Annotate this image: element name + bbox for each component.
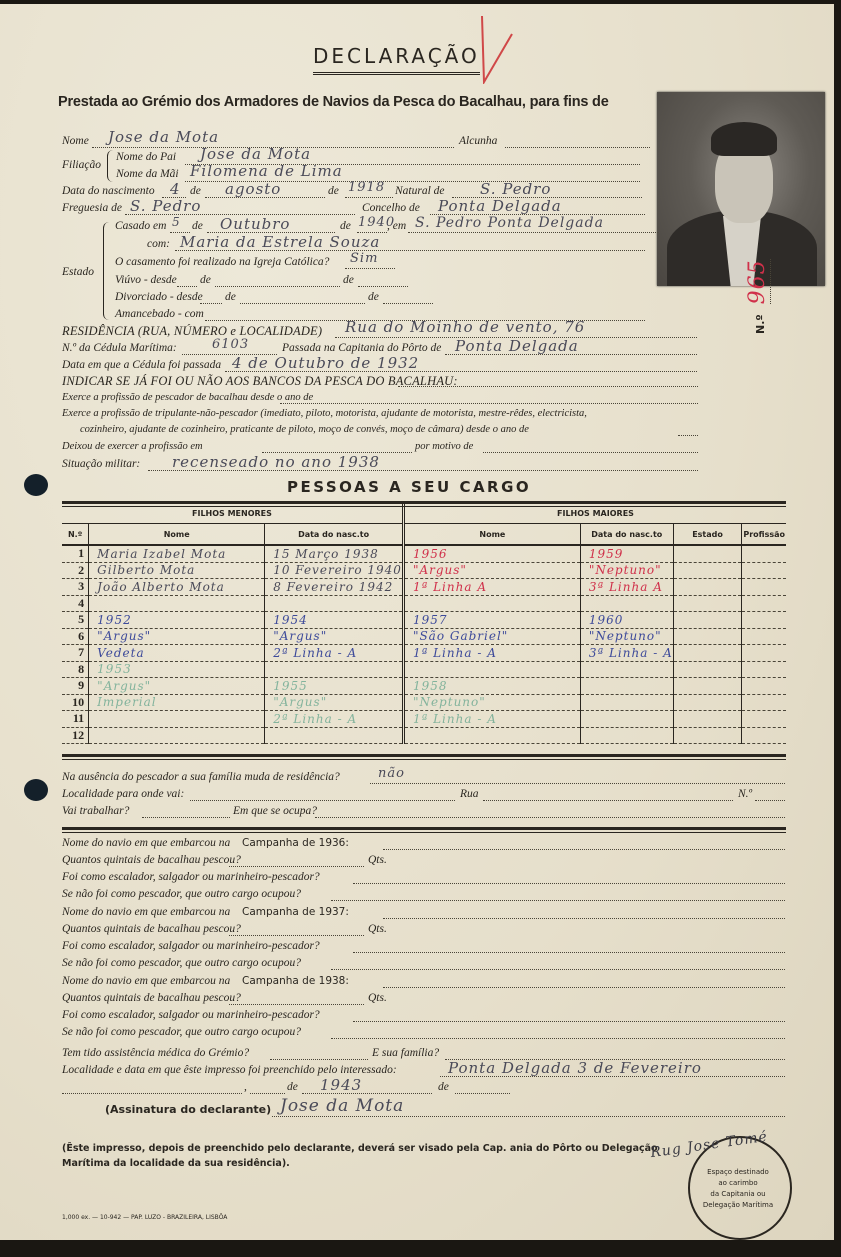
de-label: de <box>368 291 379 303</box>
concelho-field[interactable]: Ponta Delgada <box>438 197 562 215</box>
cedula-field[interactable]: 6103 <box>212 337 249 352</box>
estado-label: Estado <box>62 266 94 278</box>
table-row: 112ª Linha - A1ª Linha - A <box>62 711 786 728</box>
col-data-maiores: Data do nasc.to <box>580 524 673 546</box>
casado-label: Casado em <box>115 220 166 232</box>
table-row: 2Gilberto Mota10 Fevereiro 1940"Argus""N… <box>62 562 786 579</box>
quintais-label: Quantos quintais de bacalhau pescou? <box>62 992 241 1004</box>
profissao-cell[interactable] <box>742 628 786 645</box>
col-profissao: Profissão <box>742 524 786 546</box>
cargo-label: Se não foi como pescador, que outro carg… <box>62 888 301 900</box>
declaration-form: DECLARAÇÃO Prestada ao Grémio dos Armado… <box>0 4 834 1240</box>
nascimento-label: Data do nascimento <box>62 185 155 197</box>
table-row: 9"Argus"19551958 <box>62 678 786 695</box>
maior-nome-cell[interactable]: "Neptuno" <box>403 694 580 711</box>
ocupa-field[interactable] <box>315 817 785 818</box>
red-checkmark <box>480 14 520 84</box>
cargo-field[interactable] <box>331 969 785 970</box>
pescador-field[interactable] <box>280 403 698 404</box>
pai-label: Nome do Pai <box>116 151 176 163</box>
menor-nome-cell[interactable]: "Argus" <box>89 678 265 695</box>
menor-data-cell[interactable] <box>265 727 404 744</box>
maior-data-cell[interactable] <box>580 661 673 678</box>
table-row: 12 <box>62 727 786 744</box>
estado-cell[interactable] <box>673 545 742 562</box>
table-row: 4 <box>62 595 786 612</box>
escalador-label: Foi como escalador, salgador ou marinhei… <box>62 940 320 952</box>
escalador-label: Foi como escalador, salgador ou marinhei… <box>62 1009 320 1021</box>
menor-data-cell[interactable]: "Argus" <box>265 628 404 645</box>
localidade-field[interactable] <box>190 800 455 801</box>
quintais-field[interactable] <box>229 935 364 936</box>
cargo-label: Se não foi como pescador, que outro carg… <box>62 1026 301 1038</box>
profissao-cell[interactable] <box>742 595 786 612</box>
profissao-cell[interactable] <box>742 678 786 695</box>
familia-label: E sua família? <box>372 1047 439 1059</box>
table-row: 10Imperial"Argus""Neptuno" <box>62 694 786 711</box>
de-label: de <box>340 220 351 232</box>
de-label: de <box>438 1081 449 1093</box>
maior-data-cell[interactable] <box>580 711 673 728</box>
pai-field[interactable]: Jose da Mota <box>200 145 311 163</box>
estado-cell[interactable] <box>673 645 742 662</box>
cedula-label: N.º da Cédula Marítima: <box>62 342 177 354</box>
deixou-label: Deixou de exercer a profissão em <box>62 441 203 452</box>
filiacao-label: Filiação <box>62 159 101 171</box>
row-number: 7 <box>62 645 89 662</box>
igreja-label: O casamento foi realizado na Igreja Cató… <box>115 256 329 268</box>
row-number: 3 <box>62 579 89 596</box>
estado-cell[interactable] <box>673 628 742 645</box>
maior-data-cell[interactable]: 1959 <box>580 545 673 562</box>
igreja-field[interactable]: Sim <box>350 251 378 266</box>
dependents-table: FILHOS MENORES FILHOS MAIORES N.º Nome D… <box>62 503 786 744</box>
casado-place-field[interactable]: S. Pedro Ponta Delgada <box>415 215 604 231</box>
cargo-field[interactable] <box>331 900 785 901</box>
menor-nome-cell[interactable]: "Argus" <box>89 628 265 645</box>
navio-field[interactable] <box>383 849 785 850</box>
maior-data-cell[interactable] <box>580 595 673 612</box>
de-label: de <box>190 185 201 197</box>
estado-cell[interactable] <box>673 711 742 728</box>
trabalhar-label: Vai trabalhar? <box>62 805 129 817</box>
menor-nome-cell[interactable] <box>89 595 265 612</box>
militar-field[interactable]: recenseado no ano 1938 <box>172 453 380 471</box>
qts-label: Qts. <box>368 854 387 866</box>
de-label: de <box>200 274 211 286</box>
menor-nome-cell[interactable]: Vedeta <box>89 645 265 662</box>
campanha-label: Campanha de 1937: <box>242 906 349 918</box>
maior-nome-cell[interactable]: 1958 <box>403 678 580 695</box>
campanha-label: Campanha de 1938: <box>242 975 349 987</box>
tripulante-field[interactable] <box>678 435 698 436</box>
row-number: 11 <box>62 711 89 728</box>
trabalhar-field[interactable] <box>142 817 230 818</box>
estado-cell[interactable] <box>673 727 742 744</box>
instructions-note: (Êste impresso, depois de preenchido pel… <box>62 1141 682 1171</box>
ocupa-label: Em que se ocupa? <box>233 805 317 817</box>
year-field[interactable]: 1943 <box>320 1076 362 1094</box>
nascimento-month-field[interactable]: agosto <box>225 180 281 198</box>
maior-nome-cell[interactable]: 1ª Linha - A <box>403 645 580 662</box>
menor-data-cell[interactable]: 2ª Linha - A <box>265 645 404 662</box>
portrait-photo <box>657 92 825 286</box>
table-row: 3João Alberto Mota8 Fevereiro 19421ª Lin… <box>62 579 786 596</box>
section-title-dependents: PESSOAS A SEU CARGO <box>287 478 531 496</box>
residencia-field[interactable]: Rua do Moinho de vento, 76 <box>345 318 585 336</box>
estado-cell[interactable] <box>673 595 742 612</box>
capitania-label: Passada na Capitania do Pôrto de <box>282 342 441 354</box>
menores-header: FILHOS MENORES <box>62 503 403 524</box>
escalador-label: Foi como escalador, salgador ou marinhei… <box>62 871 320 883</box>
menor-nome-cell[interactable]: Gilberto Mota <box>89 562 265 579</box>
mae-field[interactable]: Filomena de Lima <box>190 162 343 180</box>
menor-nome-cell[interactable] <box>89 727 265 744</box>
menor-nome-cell[interactable] <box>89 711 265 728</box>
row-number: 12 <box>62 727 89 744</box>
rua-field[interactable] <box>483 800 733 801</box>
subtitle: Prestada ao Grémio dos Armadores de Navi… <box>58 94 609 110</box>
maior-data-cell[interactable] <box>580 694 673 711</box>
estado-cell[interactable] <box>673 579 742 596</box>
row-number: 8 <box>62 661 89 678</box>
alcunha-label: Alcunha <box>459 135 497 147</box>
tripulante-label-2: cozinheiro, ajudante de cozinheiro, prat… <box>80 424 529 435</box>
row-number: 4 <box>62 595 89 612</box>
registration-number-value: 965 <box>745 259 771 304</box>
maior-data-cell[interactable] <box>580 678 673 695</box>
qts-label: Qts. <box>368 992 387 1004</box>
estado-cell[interactable] <box>673 694 742 711</box>
printer-imprint: 1,000 ex. — 10-942 — PAP. LUZO - BRAZILE… <box>62 1214 227 1221</box>
rua-label: Rua <box>460 788 479 800</box>
alcunha-field[interactable] <box>505 147 650 148</box>
maior-nome-cell[interactable]: 1ª Linha A <box>403 579 580 596</box>
menor-nome-cell[interactable]: 1952 <box>89 612 265 629</box>
profissao-cell[interactable] <box>742 612 786 629</box>
tripulante-label: Exerce a profissão de tripulante-não-pes… <box>62 408 587 419</box>
conjuge-field[interactable]: Maria da Estrela Souza <box>180 233 380 251</box>
menor-nome-cell[interactable]: Maria Izabel Mota <box>89 545 265 562</box>
estado-cell[interactable] <box>673 562 742 579</box>
casado-month-field[interactable]: Outubro <box>220 215 290 233</box>
localidade-label: Localidade para onde vai: <box>62 788 184 800</box>
ausencia-field[interactable]: não <box>378 766 405 781</box>
assinatura-label: (Assinatura do declarante) <box>105 1103 271 1116</box>
row-number: 5 <box>62 612 89 629</box>
navio-field[interactable] <box>383 918 785 919</box>
estado-cell[interactable] <box>673 661 742 678</box>
menor-data-cell[interactable]: 15 Março 1938 <box>265 545 404 562</box>
menor-data-cell[interactable]: 1955 <box>265 678 404 695</box>
navio-label: Nome do navio em que embarcou na <box>62 906 230 918</box>
maior-data-cell[interactable]: 3ª Linha - A <box>580 645 673 662</box>
table-row: 51952195419571960 <box>62 612 786 629</box>
punch-hole <box>24 474 48 496</box>
de-label: de <box>328 185 339 197</box>
em-label: , em <box>387 220 406 232</box>
col-nome-maiores: Nome <box>403 524 580 546</box>
escalador-field[interactable] <box>353 883 785 884</box>
col-estado: Estado <box>673 524 742 546</box>
maior-data-cell[interactable]: "Neptuno" <box>580 628 673 645</box>
row-number: 10 <box>62 694 89 711</box>
maiores-header: FILHOS MAIORES <box>403 503 786 524</box>
menor-data-cell[interactable] <box>265 661 404 678</box>
numero-label: N.º <box>738 788 752 800</box>
profissao-cell[interactable] <box>742 545 786 562</box>
table-row: 81953 <box>62 661 786 678</box>
menor-data-cell[interactable]: 8 Fevereiro 1942 <box>265 579 404 596</box>
estado-cell[interactable] <box>673 678 742 695</box>
nascimento-year-field[interactable]: 1918 <box>348 180 385 195</box>
quintais-field[interactable] <box>229 1004 364 1005</box>
quintais-label: Quantos quintais de bacalhau pescou? <box>62 923 241 935</box>
maior-nome-cell[interactable]: 1957 <box>403 612 580 629</box>
profissao-cell[interactable] <box>742 727 786 744</box>
stamp-text: Espaço destinado ao carimbo da Capitania… <box>688 1167 788 1211</box>
maior-nome-cell[interactable] <box>403 595 580 612</box>
casado-day-field[interactable]: 5 <box>172 215 181 229</box>
maior-data-cell[interactable] <box>580 727 673 744</box>
de-label: de <box>343 274 354 286</box>
menor-nome-cell[interactable]: Imperial <box>89 694 265 711</box>
de-label: de <box>225 291 236 303</box>
numero-field[interactable] <box>755 800 785 801</box>
menor-nome-cell[interactable]: João Alberto Mota <box>89 579 265 596</box>
navio-label: Nome do navio em que embarcou na <box>62 975 230 987</box>
capitania-field[interactable]: Ponta Delgada <box>455 337 579 355</box>
table-row: 1Maria Izabel Mota15 Março 193819561959 <box>62 545 786 562</box>
maior-data-cell[interactable]: "Neptuno" <box>580 562 673 579</box>
menor-data-cell[interactable]: 1954 <box>265 612 404 629</box>
navio-field[interactable] <box>383 987 785 988</box>
registration-number: N.º 965 <box>745 259 770 334</box>
com-label: com: <box>147 238 170 250</box>
assistencia-label: Tem tido assistência médica do Grémio? <box>62 1047 249 1059</box>
maior-nome-cell[interactable] <box>403 661 580 678</box>
menor-data-cell[interactable] <box>265 595 404 612</box>
maior-data-cell[interactable]: 1960 <box>580 612 673 629</box>
profissao-cell[interactable] <box>742 645 786 662</box>
nome-field[interactable]: Jose da Mota <box>108 128 219 146</box>
freguesia-label: Freguesia de <box>62 202 122 214</box>
freguesia-field[interactable]: S. Pedro <box>130 197 201 215</box>
escalador-field[interactable] <box>353 1021 785 1022</box>
ausencia-label: Na ausência do pescador a sua família mu… <box>62 771 340 783</box>
amancebado-label: Amancebado - com <box>115 308 204 320</box>
row-number: 9 <box>62 678 89 695</box>
menor-data-cell[interactable]: "Argus" <box>265 694 404 711</box>
natural-label: Natural de <box>395 185 445 197</box>
table-row: 7Vedeta2ª Linha - A1ª Linha - A3ª Linha … <box>62 645 786 662</box>
profissao-cell[interactable] <box>742 694 786 711</box>
maior-nome-cell[interactable]: "São Gabriel" <box>403 628 580 645</box>
cargo-label: Se não foi como pescador, que outro carg… <box>62 957 301 969</box>
estado-cell[interactable] <box>673 612 742 629</box>
maior-nome-cell[interactable]: "Argus" <box>403 562 580 579</box>
menor-data-cell[interactable]: 2ª Linha - A <box>265 711 404 728</box>
col-no: N.º <box>62 524 89 546</box>
profissao-cell[interactable] <box>742 562 786 579</box>
natural-field[interactable]: S. Pedro <box>480 180 551 198</box>
qts-label: Qts. <box>368 923 387 935</box>
cedula-data-label: Data em que a Cédula foi passada <box>62 359 221 371</box>
menor-nome-cell[interactable]: 1953 <box>89 661 265 678</box>
quintais-label: Quantos quintais de bacalhau pescou? <box>62 854 241 866</box>
col-data-menores: Data do nasc.to <box>265 524 404 546</box>
de-label: de <box>287 1081 298 1093</box>
motivo-field[interactable] <box>483 452 698 453</box>
bancos-field[interactable] <box>398 386 698 387</box>
table-row: 6"Argus""Argus""São Gabriel""Neptuno" <box>62 628 786 645</box>
page-title: DECLARAÇÃO <box>313 44 480 75</box>
nascimento-day-field[interactable]: 4 <box>170 180 181 198</box>
profissao-cell[interactable] <box>742 711 786 728</box>
profissao-cell[interactable] <box>742 579 786 596</box>
cargo-field[interactable] <box>331 1038 785 1039</box>
localidade-data-label: Localidade e data em que êste impresso f… <box>62 1064 397 1076</box>
militar-label: Situação militar: <box>62 458 140 470</box>
mae-label: Nome da Mãi <box>116 168 179 180</box>
punch-hole <box>24 779 48 801</box>
de-label: de <box>192 220 203 232</box>
col-nome-menores: Nome <box>89 524 265 546</box>
maior-nome-cell[interactable]: 1ª Linha - A <box>403 711 580 728</box>
cedula-data-field[interactable]: 4 de Outubro de 1932 <box>232 354 419 372</box>
concelho-label: Concelho de <box>362 202 420 214</box>
localidade-data-field[interactable]: Ponta Delgada 3 de Fevereiro <box>448 1059 702 1077</box>
menor-data-cell[interactable]: 10 Fevereiro 1940 <box>265 562 404 579</box>
maior-nome-cell[interactable]: 1956 <box>403 545 580 562</box>
residencia-label: RESIDÊNCIA (RUA, NÚMERO e LOCALIDADE) <box>62 324 322 339</box>
motivo-label: por motivo de <box>415 441 473 452</box>
profissao-cell[interactable] <box>742 661 786 678</box>
viuvo-label: Viúvo - desde <box>115 274 177 286</box>
assistencia-field[interactable] <box>270 1059 368 1060</box>
assinatura-field[interactable]: Jose da Mota <box>280 1096 404 1116</box>
maior-nome-cell[interactable] <box>403 727 580 744</box>
escalador-field[interactable] <box>353 952 785 953</box>
row-number: 1 <box>62 545 89 562</box>
pescador-label: Exerce a profissão de pescador de bacalh… <box>62 392 313 403</box>
navio-label: Nome do navio em que embarcou na <box>62 837 230 849</box>
campanha-label: Campanha de 1936: <box>242 837 349 849</box>
divorciado-label: Divorciado - desde <box>115 291 203 303</box>
row-number: 6 <box>62 628 89 645</box>
quintais-field[interactable] <box>229 866 364 867</box>
row-number: 2 <box>62 562 89 579</box>
nome-label: Nome <box>62 135 89 147</box>
maior-data-cell[interactable]: 3ª Linha A <box>580 579 673 596</box>
